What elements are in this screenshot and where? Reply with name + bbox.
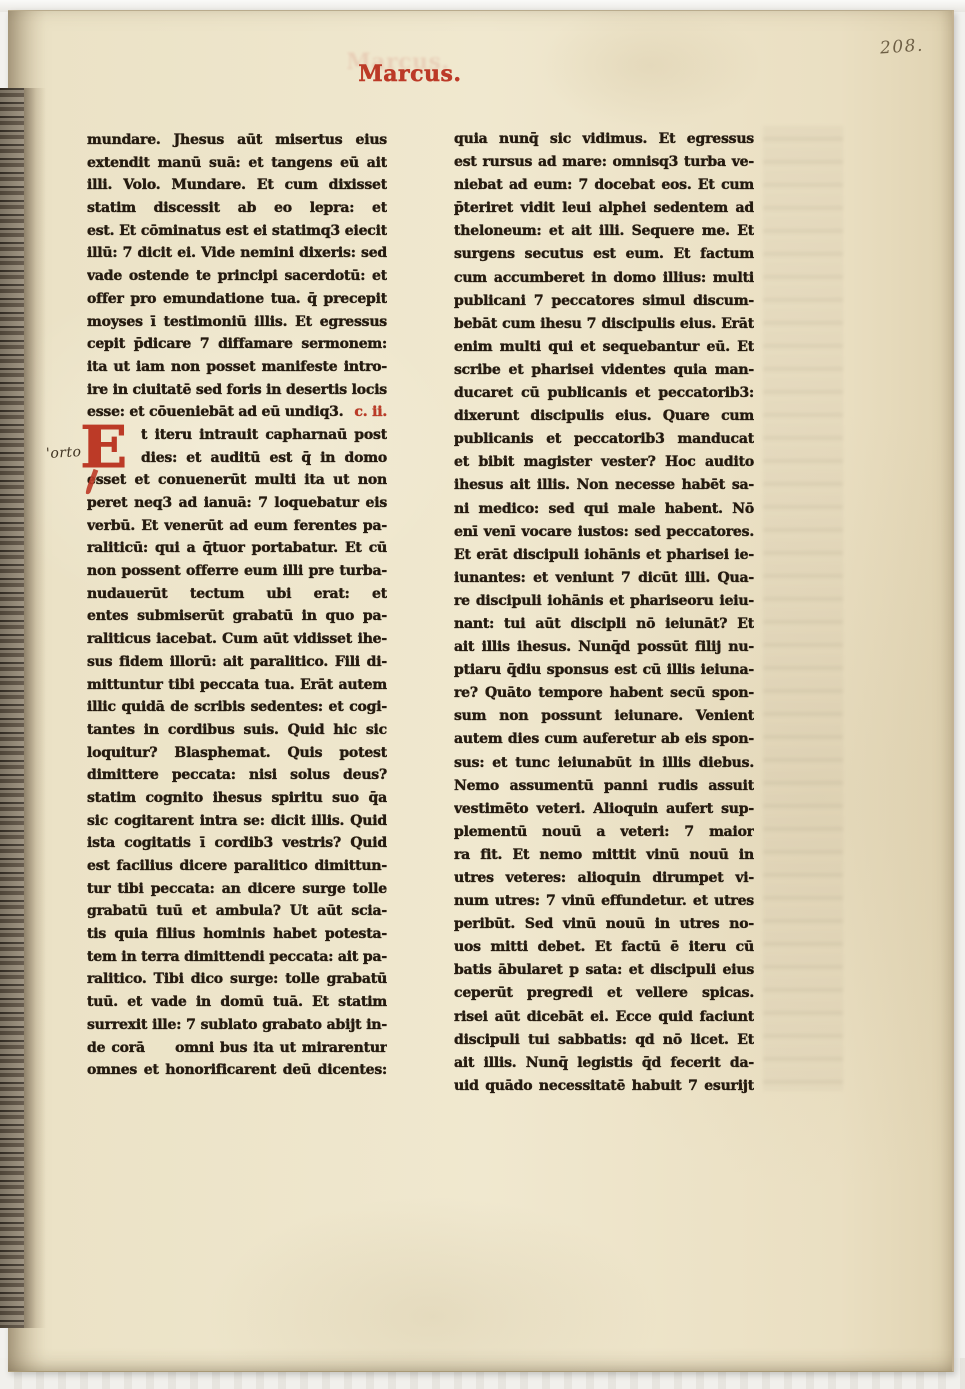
- text-line: dies: et auditū est q̄ in domo: [141, 447, 387, 470]
- text-line: de corā omni bus ita ut mirarentur: [87, 1037, 387, 1060]
- text-line: sus fidem illorū: ait paralitico. Fili d…: [87, 651, 387, 674]
- text-line: tantes in cordibus suis. Quid hic sic: [87, 719, 387, 742]
- text-line: ait illis. Nunq̄ legistis q̄d fecerit da…: [454, 1052, 754, 1075]
- text-line: niebat ad eum: 7 docebat eos. Et cum: [454, 174, 754, 197]
- text-line: mundare. Jhesus aūt misertus eius: [87, 129, 387, 152]
- text-line: ista cogitatis ī cordib3 vestris? Quid: [87, 832, 387, 855]
- text-line: t iteru intrauit capharnaū post: [141, 424, 387, 447]
- text-line: statim cognito ihesus spiritu suo q̄a: [87, 787, 387, 810]
- text-line: discipuli tui sabbatis: qd nō licet. Et: [454, 1029, 754, 1052]
- text-line: loquitur? Blasphemat. Quis potest: [87, 742, 387, 765]
- text-line: batis ābularet p sata: et discipuli eius: [454, 959, 754, 982]
- text-line: utres veteres: alioquin dirumpet vi-: [454, 867, 754, 890]
- text-line: raliticus iacebat. Cum aūt vidisset ihe-: [87, 628, 387, 651]
- right-column-lines: quia nunq̄ sic vidimus. Et egressusest r…: [454, 128, 754, 1098]
- text-line: vade ostende te principi sacerdotū: et: [87, 265, 387, 288]
- text-line: illi. Volo. Mundare. Et cum dixisset: [87, 174, 387, 197]
- text-line: peret neq3 ad ianuā: 7 loquebatur eis: [87, 492, 387, 515]
- text-line: statim discessit ab eo lepra: et mūdatus: [87, 197, 387, 220]
- folio-number: 208.: [879, 35, 924, 58]
- text-line: p̄teriret vidit leui alphei sedentem ad: [454, 197, 754, 220]
- text-line: nant: tui aūt discipli nō ieiunāt? Et: [454, 613, 754, 636]
- text-line: dixerunt discipulis eius. Quare cum: [454, 405, 754, 428]
- text-line: plementū nouū a veteri: 7 maior scissu-: [454, 821, 754, 844]
- text-line: est. Et cōminatus est ei statimq3 eiecit: [87, 220, 387, 243]
- book-edge-strip: [0, 88, 24, 1328]
- text-line: enim multi qui et sequebantur eū. Et: [454, 336, 754, 359]
- text-line: ni medico: sed qui male habent. Nō: [454, 498, 754, 521]
- text-line: extendit manū suā: et tangens eū ait: [87, 152, 387, 175]
- text-line: raliticū: qui a q̄tuor portabatur. Et cū: [87, 537, 387, 560]
- text-line: entes submiserūt grabatū in quo pa-: [87, 605, 387, 628]
- text-line: sus: et tunc ieiunabūt in illis diebus.: [454, 752, 754, 775]
- text-line: tuū. et vade in domū tuā. Et statim: [87, 991, 387, 1014]
- text-line: tur tibi peccata: an dicere surge tolle: [87, 878, 387, 901]
- text-line: dimittere peccata: nisi solus deus? Quo: [87, 764, 387, 787]
- text-line: surgens secutus est eum. Et factum est: [454, 243, 754, 266]
- text-line: ita ut iam non posset manifeste intro-: [87, 356, 387, 379]
- text-line: publicani 7 peccatores simul discum-: [454, 290, 754, 313]
- drop-cap-initial-E: E: [80, 425, 127, 471]
- running-title: Marcus.: [330, 61, 490, 87]
- text-line: re? Quāto tempore habent secū spon-: [454, 682, 754, 705]
- text-line: non possent offerre eum illi pre turba-: [87, 560, 387, 583]
- paragraph-mark-1-41: mundare. Jhesus aūt misertus eiusextendi…: [87, 129, 387, 401]
- text-line: ptiaru q̄diu sponsus est cū illis ieiuna…: [454, 659, 754, 682]
- text-line: autem dies cum auferetur ab eis spon-: [454, 728, 754, 751]
- text-line: quia nunq̄ sic vidimus. Et egressus: [454, 128, 754, 151]
- text-line: est rursus ad mare: omnisq3 turba ve-: [454, 151, 754, 174]
- text-line: ait illis ihesus. Nunq̄d possūt filij nu…: [454, 636, 754, 659]
- text-line: vestimēto veteri. Alioquin aufert sup-: [454, 798, 754, 821]
- text-line: sic cogitarent intra se: dicit illis. Qu…: [87, 810, 387, 833]
- text-line: surrexit ille: 7 sublato grabato abijt i…: [87, 1014, 387, 1037]
- text-line: ihesus ait illis. Non necesse habēt sa-: [454, 474, 754, 497]
- text-line: risei aūt dicebāt ei. Ecce quid faciunt: [454, 1006, 754, 1029]
- text-line: uid quādo necessitatē habuit 7 esurijt: [454, 1075, 754, 1098]
- text-line: et bibit magister vester? Hoc audito: [454, 451, 754, 474]
- text-column-right: quia nunq̄ sic vidimus. Et egressusest r…: [454, 128, 754, 1098]
- text-line: scribe et pharisei videntes quia man-: [454, 359, 754, 382]
- text-line: omnes et honorificarent deū dicentes:: [87, 1059, 387, 1082]
- text-line: esset et conuenerūt multi ita ut non ca-: [87, 469, 387, 492]
- text-line: ducaret cū publicanis et peccatorib3:: [454, 382, 754, 405]
- text-line: illū: 7 dicit ei. Vide nemini dixeris: s…: [87, 242, 387, 265]
- chapter-mark-rubric: c. ii.: [354, 401, 387, 424]
- text-line: nudauerūt tectum ubi erat: et patefaci-: [87, 583, 387, 606]
- text-line: ralitico. Tibi dico surge: tolle grabatū: [87, 968, 387, 991]
- paragraph-mark-2: E t iteru intrauit capharnaū postdies: e…: [87, 424, 387, 1082]
- text-line: grabatū tuū et ambula? Ut aūt scia-: [87, 900, 387, 923]
- text-line: bebāt cum ihesu 7 discipulis eius. Erāt: [454, 313, 754, 336]
- paragraph-body-lines: esset et conuenerūt multi ita ut non ca-…: [87, 469, 387, 1082]
- text-line: uos mitti debet. Et factū ē iteru cū sab…: [454, 936, 754, 959]
- text-line: est facilius dicere paralitico dimittun-: [87, 855, 387, 878]
- text-column-left: mundare. Jhesus aūt misertus eiusextendi…: [87, 129, 387, 1082]
- book-edge-shadow: [24, 88, 46, 1328]
- verso-show-through-band: [763, 126, 843, 1091]
- text-line: mittuntur tibi peccata tua. Erāt autem: [87, 674, 387, 697]
- text-line: peribūt. Sed vinū nouū in utres no-: [454, 913, 754, 936]
- text-line: tis quia filius hominis habet potesta-: [87, 923, 387, 946]
- text-line: enī venī vocare iustos: sed peccatores.: [454, 521, 754, 544]
- text-line: tem in terra dimittendi peccata: ait pa-: [87, 946, 387, 969]
- text-line: illic quidā de scribis sedentes: et cogi…: [87, 696, 387, 719]
- drop-cap-indented-lines: t iteru intrauit capharnaū postdies: et …: [141, 424, 387, 469]
- text-line: theloneum: et ait illi. Sequere me. Et: [454, 220, 754, 243]
- text-line: num utres: 7 vinū effundetur. et utres: [454, 890, 754, 913]
- text-line: verbū. Et venerūt ad eum ferentes pa-: [87, 515, 387, 538]
- text-line: ceperūt pregredi et vellere spicas. Pha-: [454, 982, 754, 1005]
- manuscript-page: Marcus. Marcus. 208. 'orto mundare. Jhes…: [8, 10, 954, 1372]
- text-line: offer pro emundatione tua. q̄ precepit: [87, 288, 387, 311]
- text-line: cepit p̄dicare 7 diffamare sermonem:: [87, 333, 387, 356]
- margin-note: 'orto: [46, 444, 82, 462]
- text-line: iunantes: et veniunt 7 dicūt illi. Qua-: [454, 567, 754, 590]
- text-line: ire in ciuitatē sed foris in desertis lo…: [87, 379, 387, 402]
- text-line: ra fit. Et nemo mittit vinū nouū in: [454, 844, 754, 867]
- text-line: Et erāt discipuli iohānis et pharisei ie…: [454, 544, 754, 567]
- text-line: moyses ī testimoniū illis. Et egressus: [87, 311, 387, 334]
- text-line: cum accumberet in domo illius: multi: [454, 267, 754, 290]
- text-line-with-chapter-mark: esse: et cōueniebāt ad eū undiq3. c. ii.: [87, 401, 387, 424]
- text-line: re discipuli iohānis et phariseoru ieiu-: [454, 590, 754, 613]
- text-line: sum non possunt ieiunare. Venient: [454, 705, 754, 728]
- text-line: Nemo assumentū panni rudis assuit: [454, 775, 754, 798]
- text-line: publicanis et peccatorib3 manducat: [454, 428, 754, 451]
